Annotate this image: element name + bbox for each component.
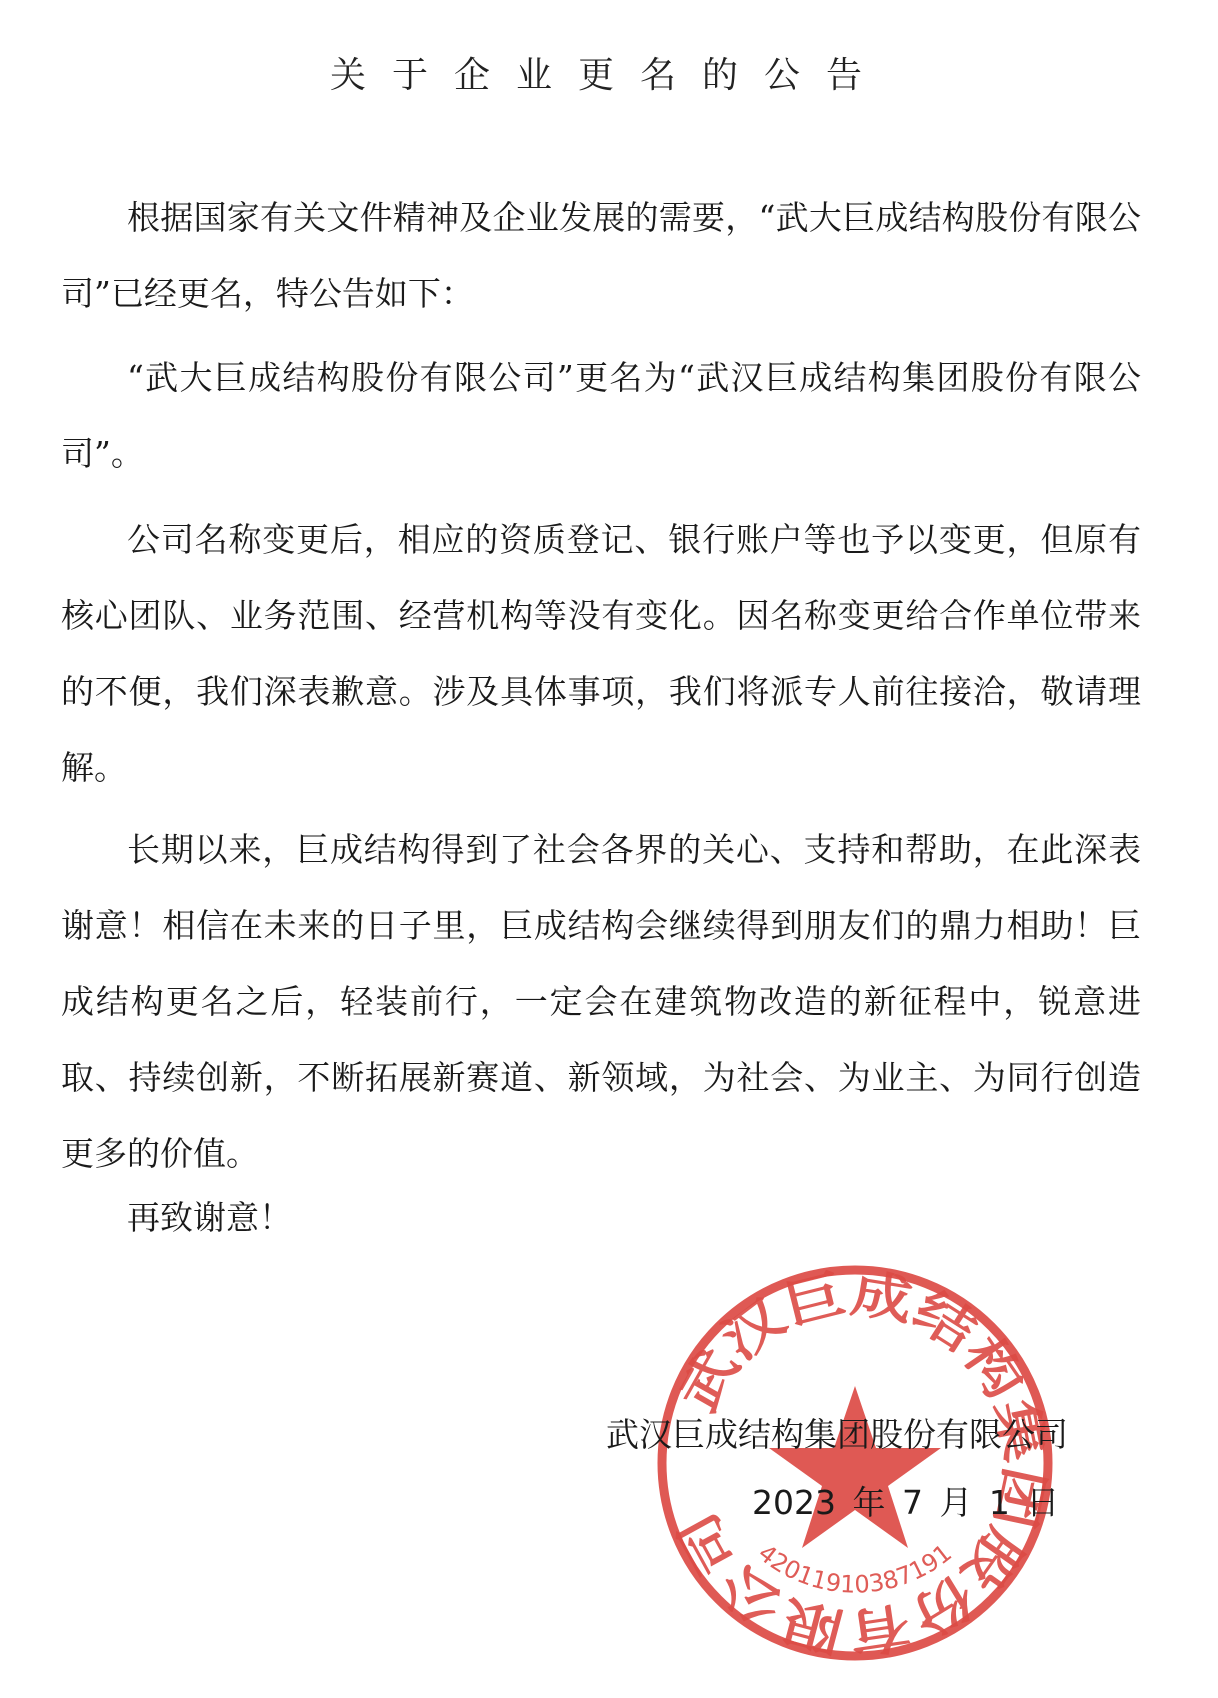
- paragraph-3: 公司名称变更后，相应的资质登记、银行账户等也予以变更，但原有核心团队、业务范围、…: [61, 502, 1141, 806]
- paragraph-text: 公司名称变更后，相应的资质登记、银行账户等也予以变更，但原有核心团队、业务范围、…: [61, 502, 1141, 806]
- company-seal-stamp: 武汉巨成结构集团股份有限公司 42011910387191: [650, 1258, 1060, 1668]
- paragraph-text: “武大巨成结构股份有限公司”更名为“武汉巨成结构集团股份有限公司”。: [61, 340, 1141, 492]
- paragraph-2: “武大巨成结构股份有限公司”更名为“武汉巨成结构集团股份有限公司”。: [61, 340, 1141, 492]
- signature-date: 2023 年 7 月 1 日: [752, 1478, 1059, 1528]
- paragraph-text: 长期以来，巨成结构得到了社会各界的关心、支持和帮助，在此深表谢意！相信在未来的日…: [61, 812, 1141, 1192]
- paragraph-1: 根据国家有关文件精神及企业发展的需要，“武大巨成结构股份有限公司”已经更名，特公…: [61, 180, 1141, 332]
- paragraph-4: 长期以来，巨成结构得到了社会各界的关心、支持和帮助，在此深表谢意！相信在未来的日…: [61, 812, 1141, 1192]
- paragraph-text: 根据国家有关文件精神及企业发展的需要，“武大巨成结构股份有限公司”已经更名，特公…: [61, 180, 1141, 332]
- paragraph-text: 再致谢意！: [61, 1180, 1141, 1256]
- paragraph-5: 再致谢意！: [61, 1180, 1141, 1256]
- signature-company: 武汉巨成结构集团股份有限公司: [606, 1410, 1068, 1460]
- notice-title: 关于企业更名的公告: [0, 48, 1218, 104]
